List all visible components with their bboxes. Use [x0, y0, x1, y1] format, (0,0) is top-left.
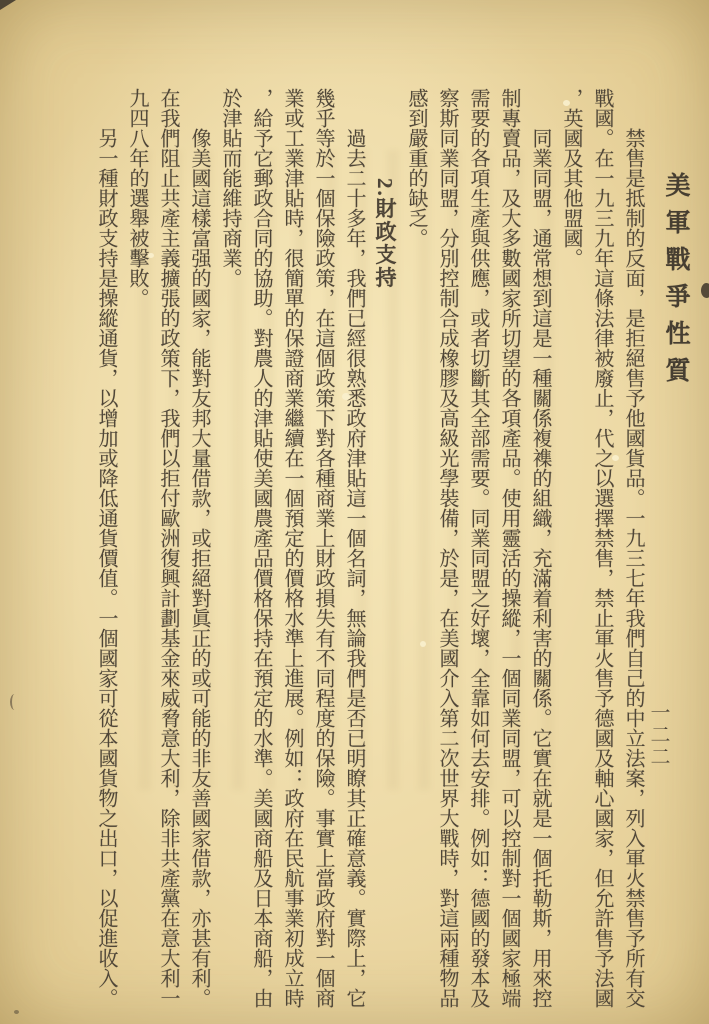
document-title: 美軍戰爭性質	[657, 172, 693, 394]
paragraph-subsidies: 過去二十多年，我們已經很熟悉政府津貼這一個名詞，無論我們是否已明瞭其正確意義。實…	[214, 88, 369, 1008]
scan-artifact-right-edge	[701, 283, 709, 298]
document-body: 禁售是抵制的反面，是拒絕售予他國貨品。一九三七年我們自己的中立法案，列入軍火禁售…	[88, 88, 648, 1008]
scan-artifact-corner	[0, 0, 16, 10]
paragraph-cartels: 同業同盟，通常想到這是一種關係複襍的組織，充滿着利害的關係。它實在就是一個托勒斯…	[400, 88, 555, 1008]
paragraph-loans: 像美國這樣富强的國家，能對友邦大量借款，或拒絕對眞正的或可能的非友善國家借款，亦…	[121, 88, 214, 1008]
paragraph-currency: 另一種財政支持是操縱通貨，以增加或降低通貨價值。一個國家可從本國貨物之出口，以促…	[90, 88, 121, 1008]
scan-artifact-bottom	[14, 1010, 19, 1014]
scan-artifact-left-edge	[10, 694, 19, 710]
paragraph-embargo: 禁售是抵制的反面，是拒絕售予他國貨品。一九三七年我們自己的中立法案，列入軍火禁售…	[555, 88, 648, 1008]
page-number: 一二二	[644, 702, 673, 768]
section-heading-financial-support: 2.財政支持	[369, 88, 400, 1008]
scanned-document-page: 美軍戰爭性質 一二二 禁售是抵制的反面，是拒絕售予他國貨品。一九三七年我們自己的…	[0, 0, 709, 1024]
